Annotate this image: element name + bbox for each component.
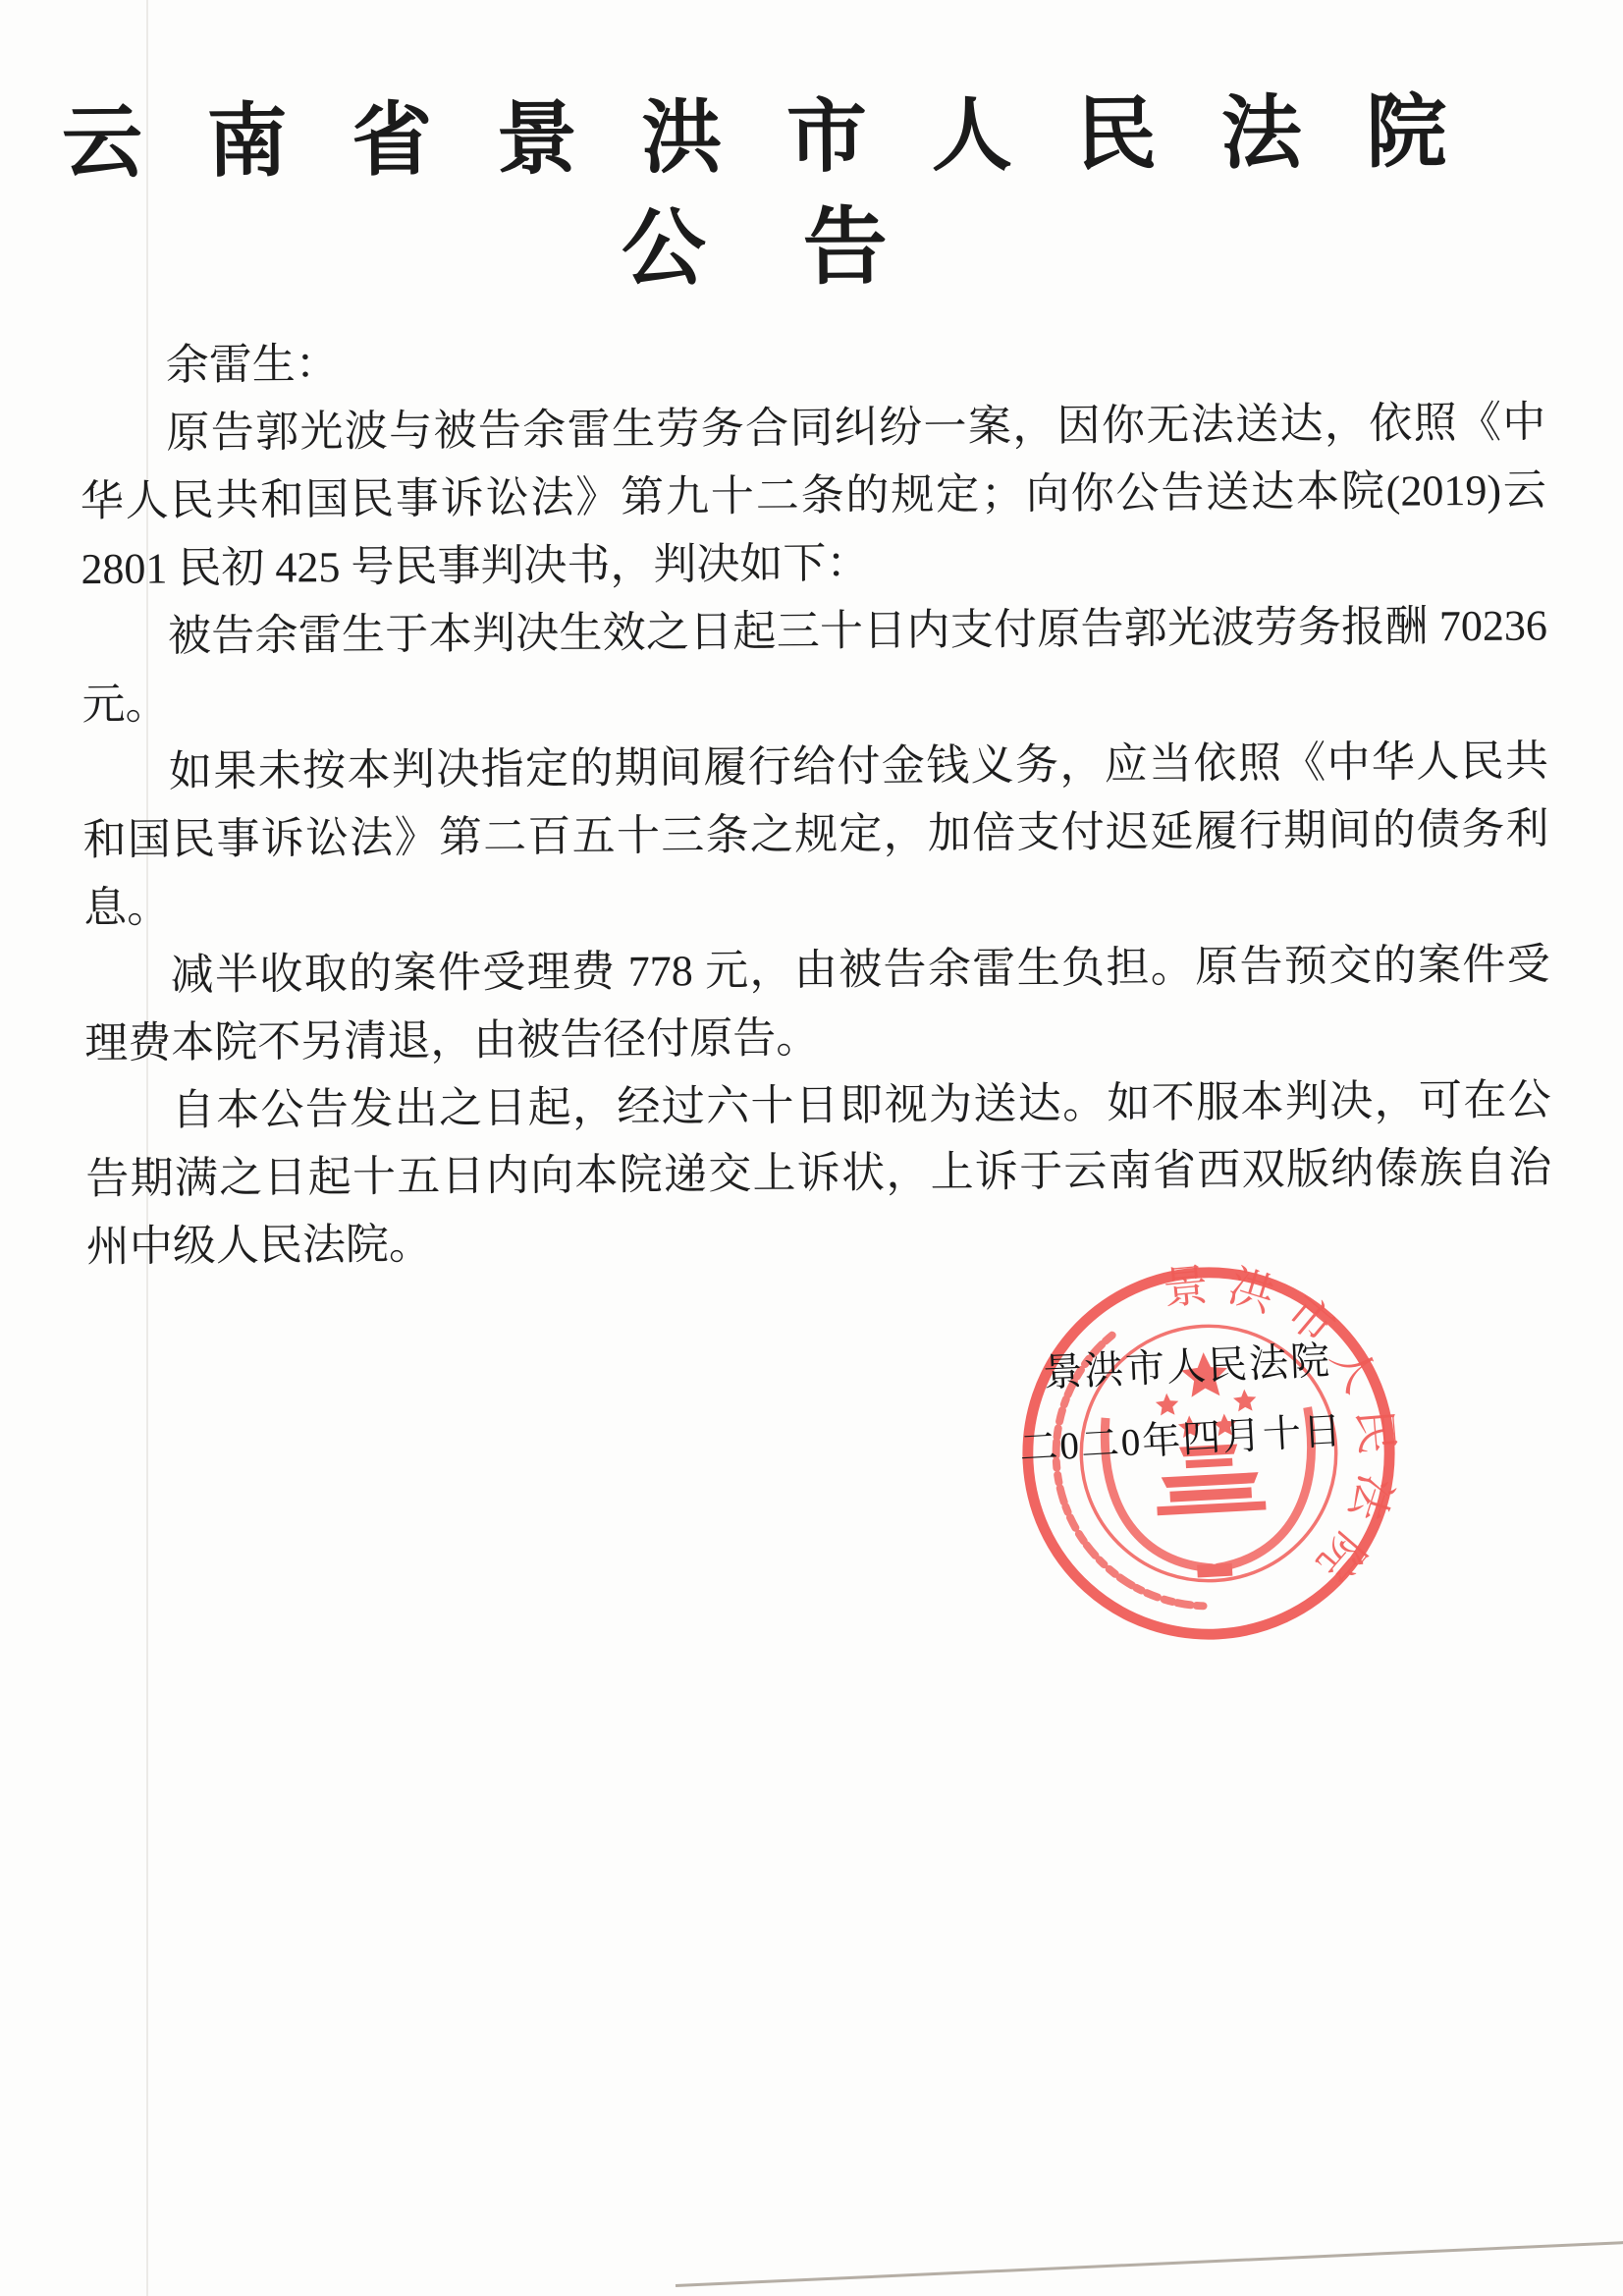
paragraph-late-interest: 如果未按本判决指定的期间履行给付金钱义务，应当依照《中华人民共和国民事诉讼法》第… <box>82 728 1550 943</box>
announcement-body: 余雷生： 原告郭光波与被告余雷生劳务合同纠纷一案，因你无法送达，依照《中华人民共… <box>80 321 1553 1282</box>
recipient-line: 余雷生： <box>80 321 1545 401</box>
paragraph-case-summary: 原告郭光波与被告余雷生劳务合同纠纷一案，因你无法送达，依照《中华人民共和国民事诉… <box>80 389 1547 604</box>
scanned-court-announcement-page: 云南省景洪市人民法院 公告 余雷生： 原告郭光波与被告余雷生劳务合同纠纷一案，因… <box>0 0 1623 2296</box>
court-name-title: 云南省景洪市人民法院 <box>62 85 1621 191</box>
paragraph-judgment-payment: 被告余雷生于本判决生效之日起三十日内支付原告郭光波劳务报酬 70236 元。 <box>81 592 1548 739</box>
paragraph-service-appeal: 自本公告发出之日起，经过六十日即视为送达。如不服本判决，可在公告期满之日起十五日… <box>85 1066 1553 1282</box>
document-content: 云南省景洪市人民法院 公告 余雷生： 原告郭光波与被告余雷生劳务合同纠纷一案，因… <box>0 0 1623 1282</box>
paragraph-court-fee: 减半收取的案件受理费 778 元，由被告余雷生负担。原告预交的案件受理费本院不另… <box>83 931 1550 1078</box>
announcement-title: 公告 <box>622 193 1622 299</box>
scan-artifact-bottom-edge <box>676 2240 1623 2287</box>
